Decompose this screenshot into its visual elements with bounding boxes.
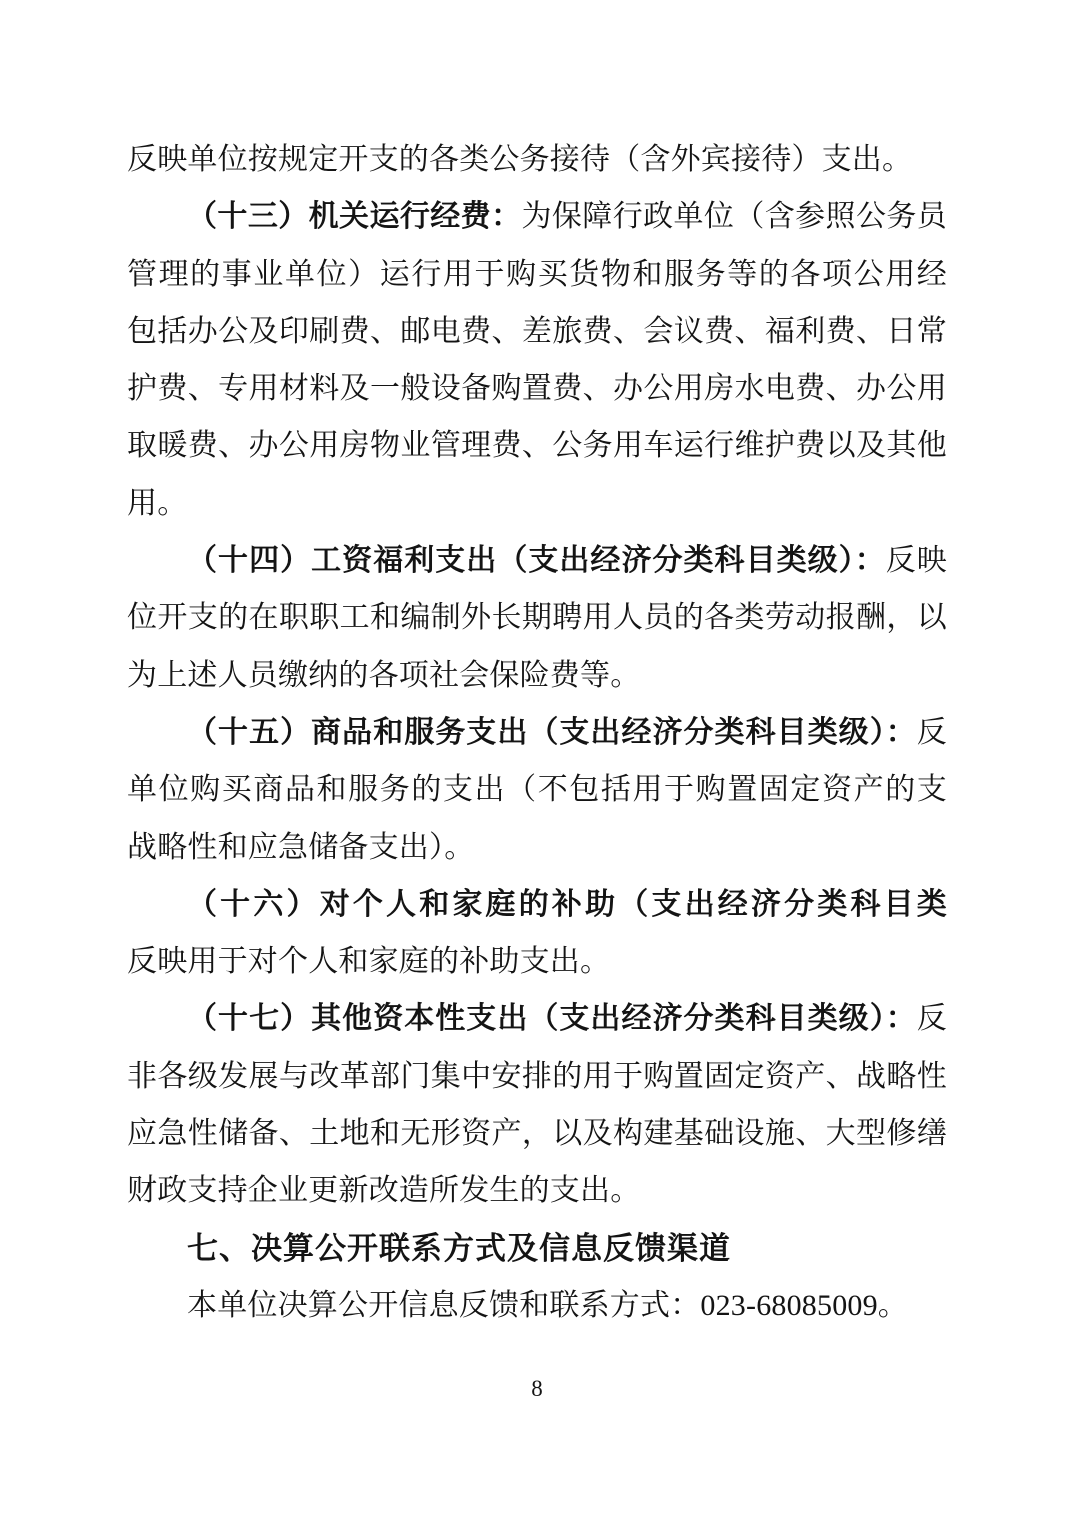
text-line: 取暖费、办公用房物业管理费、公务用车运行维护费以及其他费 — [127, 417, 947, 474]
text-run: 位开支的在职职工和编制外长期聘用人员的各类劳动报酬，以及 — [127, 601, 947, 646]
text-run: 本单位决算公开信息反馈和联系方式：023-68085009。 — [187, 1289, 908, 1322]
text-run: 用。 — [127, 487, 187, 520]
text-line: 反映单位按规定开支的各类公务接待（含外宾接待）支出。 — [127, 131, 947, 188]
text-line: 本单位决算公开信息反馈和联系方式：023-68085009。 — [127, 1277, 947, 1334]
text-line: （十七）其他资本性支出（支出经济分类科目类级）：反映 — [127, 990, 947, 1047]
text-line: （十六）对个人和家庭的补助（支出经济分类科目类级）： — [127, 876, 947, 933]
text-run: 财政支持企业更新改造所发生的支出。 — [127, 1174, 640, 1207]
text-run: 战略性和应急储备支出）。 — [127, 831, 474, 864]
text-line: 护费、专用材料及一般设备购置费、办公用房水电费、办公用房 — [127, 360, 947, 417]
text-line: 战略性和应急储备支出）。 — [127, 819, 947, 876]
text-line: 包括办公及印刷费、邮电费、差旅费、会议费、福利费、日常维 — [127, 303, 947, 360]
text-line: 为上述人员缴纳的各项社会保险费等。 — [127, 647, 947, 704]
text-line: （十三）机关运行经费：为保障行政单位（含参照公务员法 — [127, 188, 947, 245]
text-run: 反映单位按规定开支的各类公务接待（含外宾接待）支出。 — [127, 143, 912, 176]
text-run: 为上述人员缴纳的各项社会保险费等。 — [127, 659, 640, 692]
text-run: 取暖费、办公用房物业管理费、公务用车运行维护费以及其他费 — [127, 429, 947, 474]
text-line: 非各级发展与改革部门集中安排的用于购置固定资产、战略性和 — [127, 1048, 947, 1105]
text-line: 位开支的在职职工和编制外长期聘用人员的各类劳动报酬，以及 — [127, 589, 947, 646]
section-heading: 七、决算公开联系方式及信息反馈渠道 — [127, 1220, 947, 1277]
bold-run: （十四）工资福利支出（支出经济分类科目类级）： — [187, 544, 886, 577]
bold-run: （十五）商品和服务支出（支出经济分类科目类级）： — [187, 716, 917, 749]
text-line: 单位购买商品和服务的支出（不包括用于购置固定资产的支出、 — [127, 761, 947, 818]
text-line: （十四）工资福利支出（支出经济分类科目类级）：反映单 — [127, 532, 947, 589]
text-line: 反映用于对个人和家庭的补助支出。 — [127, 933, 947, 990]
text-line: 管理的事业单位）运行用于购买货物和服务等的各项公用经费， — [127, 246, 947, 303]
page-number: 8 — [0, 1376, 1074, 1402]
bold-run: （十七）其他资本性支出（支出经济分类科目类级）： — [187, 1002, 917, 1035]
text-line: 应急性储备、土地和无形资产，以及构建基础设施、大型修缮和 — [127, 1105, 947, 1162]
bold-run: （十六）对个人和家庭的补助（支出经济分类科目类级）： — [127, 888, 947, 933]
document-body: 反映单位按规定开支的各类公务接待（含外宾接待）支出。（十三）机关运行经费：为保障… — [127, 131, 947, 1334]
text-run: 包括办公及印刷费、邮电费、差旅费、会议费、福利费、日常维 — [127, 315, 947, 360]
bold-run: （十三）机关运行经费： — [187, 200, 521, 233]
text-run: 护费、专用材料及一般设备购置费、办公用房水电费、办公用房 — [127, 372, 947, 417]
text-run: 单位购买商品和服务的支出（不包括用于购置固定资产的支出、 — [127, 773, 947, 818]
text-run: 非各级发展与改革部门集中安排的用于购置固定资产、战略性和 — [127, 1060, 947, 1105]
text-line: （十五）商品和服务支出（支出经济分类科目类级）：反映 — [127, 704, 947, 761]
text-run: 应急性储备、土地和无形资产，以及构建基础设施、大型修缮和 — [127, 1117, 947, 1162]
text-line: 财政支持企业更新改造所发生的支出。 — [127, 1162, 947, 1219]
bold-run: 七、决算公开联系方式及信息反馈渠道 — [187, 1231, 731, 1266]
text-run: 管理的事业单位）运行用于购买货物和服务等的各项公用经费， — [127, 258, 947, 303]
text-run: 反映用于对个人和家庭的补助支出。 — [127, 945, 610, 978]
text-line: 用。 — [127, 475, 947, 532]
document-page: 反映单位按规定开支的各类公务接待（含外宾接待）支出。（十三）机关运行经费：为保障… — [0, 0, 1074, 1520]
